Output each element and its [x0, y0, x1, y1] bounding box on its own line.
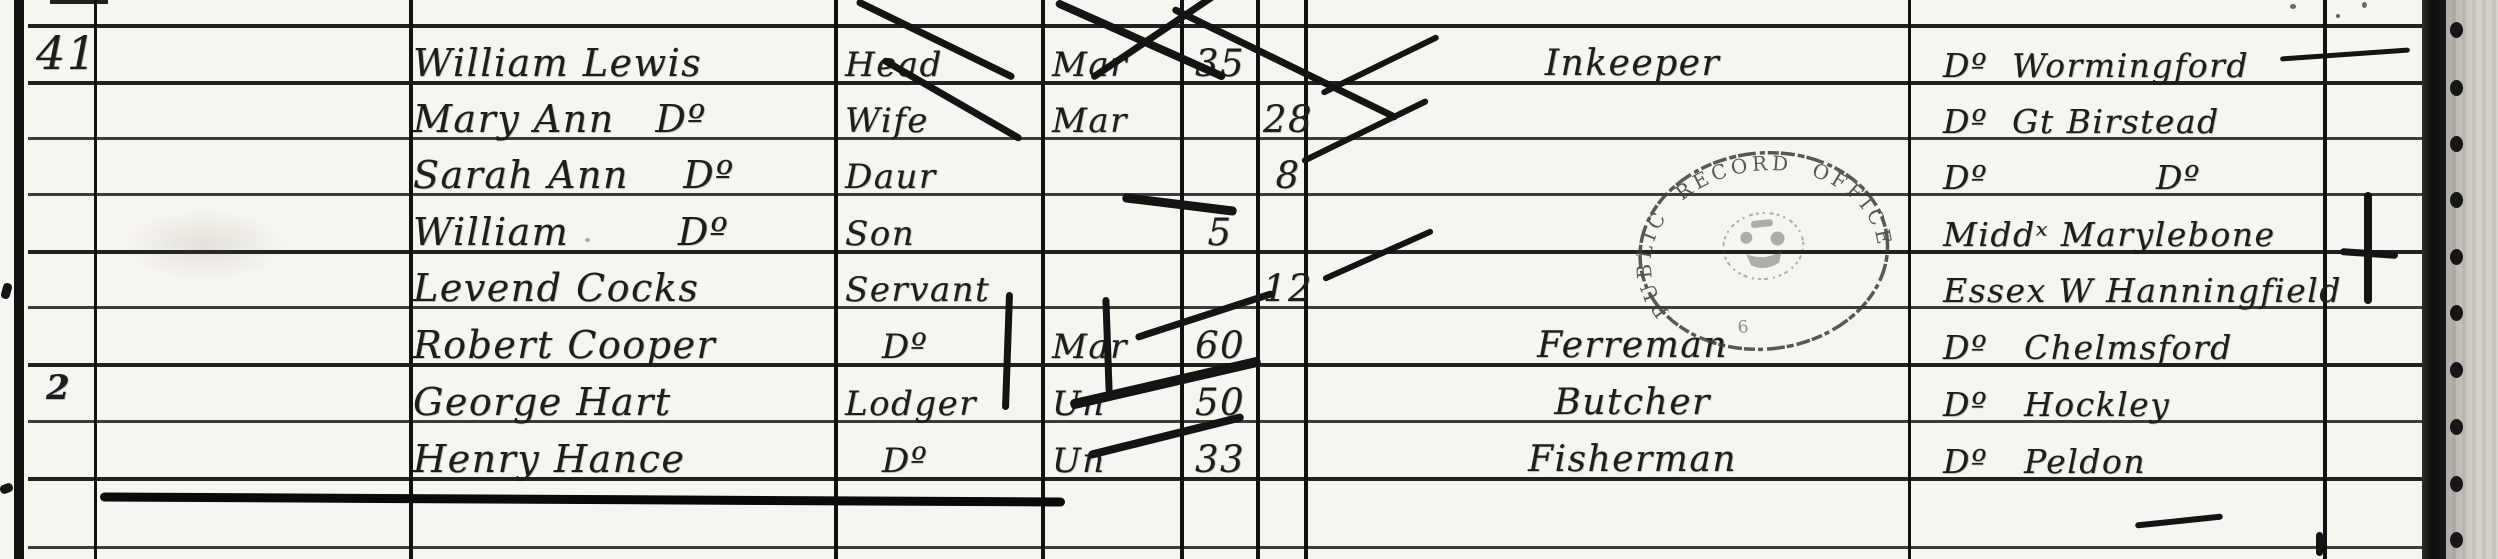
condition-cell: Mar — [1052, 330, 1180, 364]
condition-cell: Mar — [1052, 104, 1180, 138]
relation-cell: Head — [845, 48, 1045, 82]
birthplace-cell: Dº Peldon — [1943, 445, 2421, 478]
census-row: Robert Cooper Dº Mar 60 Ferreman Dº Chel… — [0, 309, 2498, 365]
census-page-scan: 41 2 William Lewis Head Mar 35 Inkeeper … — [0, 0, 2498, 559]
ink-speck — [585, 238, 590, 242]
census-row: Henry Hance Dº Un 33 Fisherman Dº Peldon — [0, 423, 2498, 479]
relation-cell: Dº — [845, 444, 1045, 478]
paper-smudge — [120, 210, 290, 280]
stamp-arc-text: PUBLIC RECORD OFFICE — [1621, 138, 1903, 325]
occupation-cell: Butcher — [1375, 385, 1890, 421]
birthplace-cell: Dº Chelmsford — [1943, 331, 2421, 364]
binding-hole — [2450, 476, 2463, 492]
cross-mark — [2364, 192, 2372, 304]
age-male-cell: 50 — [1184, 384, 1256, 421]
household-separator-line — [100, 492, 1065, 506]
birthplace-cell: Dº Dº — [1943, 161, 2421, 194]
occupation-cell: Fisherman — [1375, 442, 1890, 478]
age-female-cell: 28 — [1248, 101, 1328, 138]
stamp-center-mark: 6 — [1737, 317, 1750, 338]
age-female-cell: 12 — [1248, 270, 1328, 307]
census-row: Mary Ann Dº Wife Mar 28 Dº Gt Birstead — [0, 83, 2498, 139]
age-male-cell: 5 — [1184, 214, 1256, 251]
census-row: William Lewis Head Mar 35 Inkeeper Dº Wo… — [0, 27, 2498, 83]
binding-hole — [2450, 362, 2463, 378]
occupation-cell: Inkeeper — [1375, 46, 1890, 82]
public-record-office-stamp: PUBLIC RECORD OFFICE 6 — [1617, 130, 1910, 375]
binding-hole — [2450, 532, 2463, 548]
binding-hole — [2450, 305, 2463, 321]
relation-cell: Dº — [845, 330, 1045, 364]
age-female-cell: 8 — [1248, 157, 1328, 194]
name-cell: William Dº — [413, 213, 853, 251]
name-cell: Sarah Ann Dº — [413, 156, 853, 194]
row-line — [50, 0, 108, 4]
relation-cell: Daur — [845, 160, 1045, 194]
birthplace-cell: Middˣ Marylebone — [1943, 218, 2421, 251]
ink-speck — [2362, 2, 2367, 8]
binding-hole — [2450, 22, 2463, 38]
name-cell: Mary Ann Dº — [413, 100, 853, 138]
pen-flourish — [2135, 513, 2223, 528]
birthplace-cell: Essex W Hanningfield — [1943, 274, 2421, 307]
relation-cell: Lodger — [845, 387, 1045, 421]
name-cell: Robert Cooper — [413, 326, 853, 364]
binding-hole — [2450, 419, 2463, 435]
census-row: William Dº Son 5 Middˣ Marylebone — [0, 196, 2498, 252]
name-cell: Levend Cocks — [413, 269, 853, 307]
ink-speck — [2290, 4, 2296, 9]
binding-hole — [2450, 80, 2463, 96]
svg-text:PUBLIC RECORD OFFICE: PUBLIC RECORD OFFICE — [1621, 138, 1903, 325]
page-edge-band — [2422, 0, 2446, 559]
pen-flourish — [2316, 532, 2323, 556]
birthplace-cell: Dº Hockley — [1943, 388, 2421, 421]
census-row: Sarah Ann Dº Daur 8 Dº Dº — [0, 139, 2498, 195]
census-row: George Hart Lodger Un 50 Butcher Dº Hock… — [0, 366, 2498, 422]
age-male-cell: 33 — [1184, 441, 1256, 478]
stamp-crest — [1720, 209, 1806, 283]
binding-hole — [2450, 249, 2463, 265]
relation-cell: Son — [845, 217, 1045, 251]
ink-speck — [0, 482, 14, 495]
name-cell: Henry Hance — [413, 440, 853, 478]
name-cell: William Lewis — [413, 44, 853, 82]
binding-hole — [2450, 192, 2463, 208]
row-line — [28, 546, 2424, 549]
birthplace-cell: Dº Gt Birstead — [1943, 105, 2421, 138]
relation-cell: Servant — [845, 273, 1045, 307]
name-cell: George Hart — [413, 383, 853, 421]
ink-speck — [2336, 14, 2340, 18]
binding-hole — [2450, 136, 2463, 152]
